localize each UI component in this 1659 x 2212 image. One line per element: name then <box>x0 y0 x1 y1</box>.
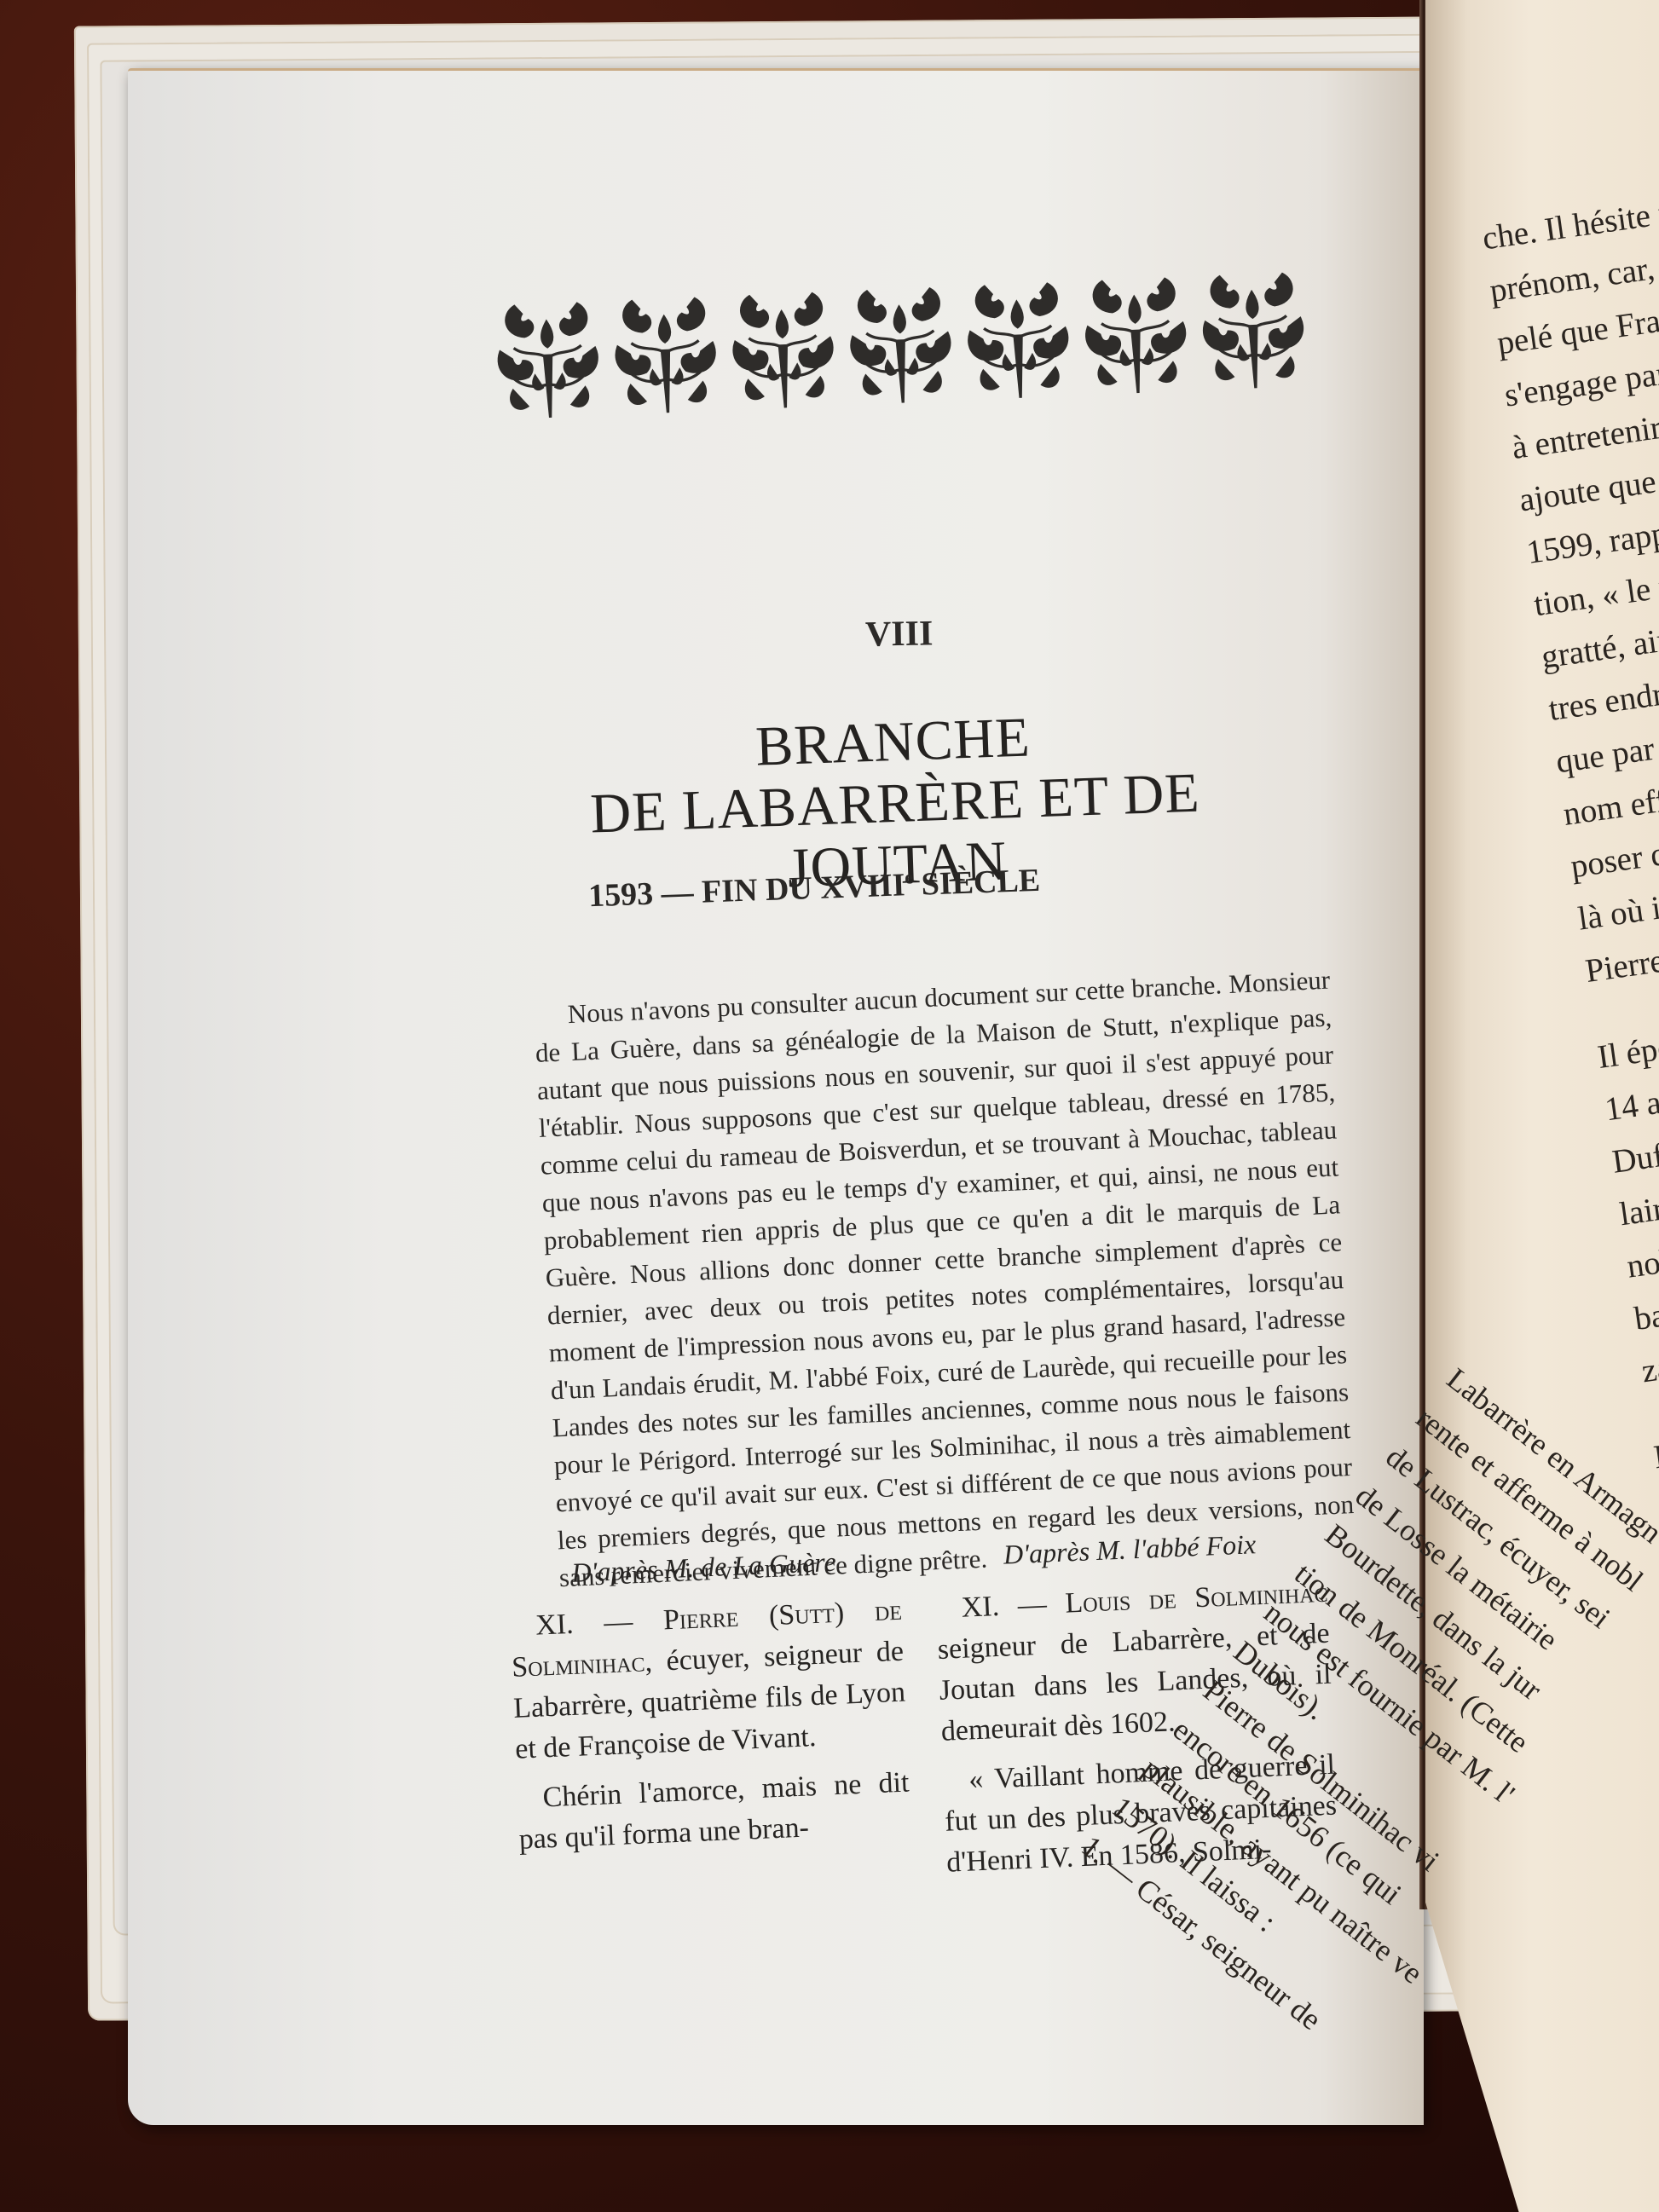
degree-number: XI. — <box>535 1604 663 1641</box>
degree-number: XI. — <box>961 1588 1066 1624</box>
fleuron-icon <box>1077 261 1195 401</box>
intro-paragraph: Nous n'avons pu consulter aucun document… <box>533 962 1356 1597</box>
fleuron-icon <box>724 275 842 416</box>
column-paragraph: XI. — Pierre (Sutt) de Solminihac, écuye… <box>509 1591 908 1770</box>
column-la-guere: D'après M. de La Guère XI. — Pierre (Sut… <box>507 1544 913 1902</box>
intro-paragraph-block: Nous n'avons pu consulter aucun document… <box>533 962 1356 1597</box>
fleuron-icon <box>959 265 1078 406</box>
chapter-number: VIII <box>865 613 934 655</box>
floral-headpiece-ornament <box>488 256 1312 426</box>
fleuron-icon <box>606 280 725 421</box>
fleuron-icon <box>841 270 960 411</box>
fleuron-icon <box>1194 256 1313 396</box>
paragraph-text: Chérin l'amorce, mais ne dit pas qu'il f… <box>518 1767 910 1856</box>
subtitle-century: SIÈCLE <box>913 863 1041 903</box>
column-paragraph: Chérin l'amorce, mais ne dit pas qu'il f… <box>517 1763 912 1861</box>
fleuron-icon <box>488 286 607 426</box>
